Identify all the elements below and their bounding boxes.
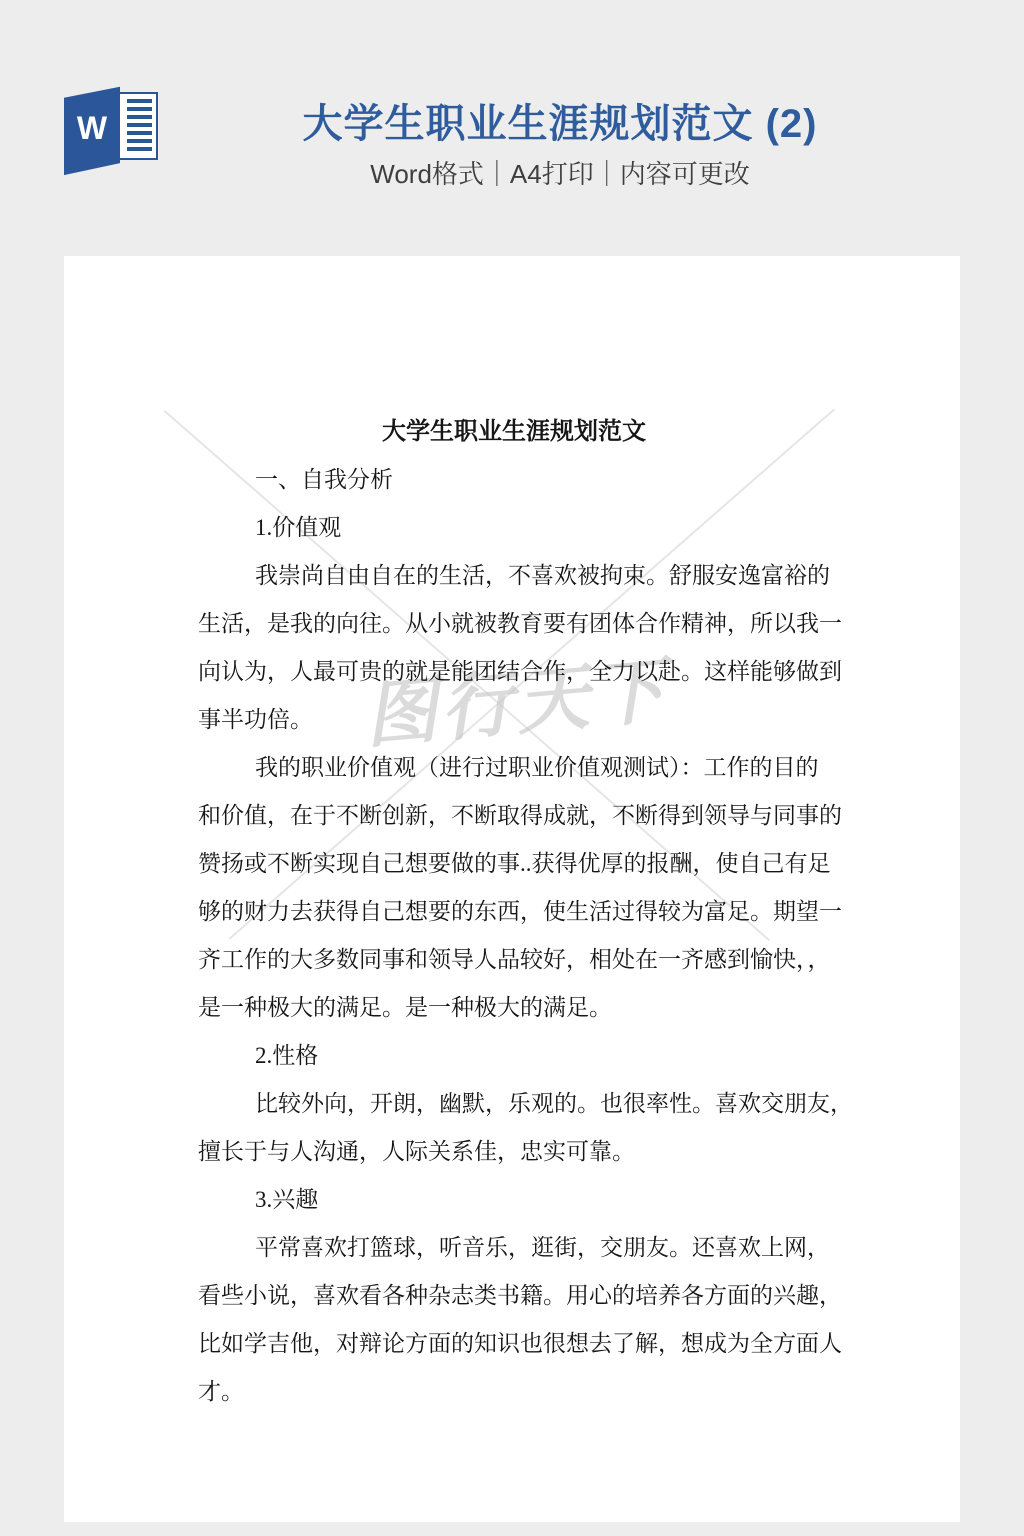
document-line: 才。 [198,1368,830,1416]
document-line: 擅长于与人沟通，人际关系佳，忠实可靠。 [198,1128,830,1176]
document-line: 向认为，人最可贵的就是能团结合作，全力以赴。这样能够做到 [198,648,830,696]
document-line: 是一种极大的满足。是一种极大的满足。 [198,984,830,1032]
document-line: 比如学吉他，对辩论方面的知识也很想去了解，想成为全方面人 [198,1320,830,1368]
document-line: 我的职业价值观（进行过职业价值观测试）：工作的目的 [198,744,830,792]
document-line: 比较外向，开朗，幽默，乐观的。也很率性。喜欢交朋友， [198,1080,830,1128]
template-preview-page: { "header": { "title": "大学生职业生涯规划范文 (2)"… [0,0,1024,1536]
document-line: 够的财力去获得自己想要的东西，使生活过得较为富足。期望一 [198,888,830,936]
document-line: 事半功倍。 [198,696,830,744]
template-subtitle: Word格式｜A4打印｜内容可更改 [0,154,1024,191]
document-preview-card: 图行天下 大学生职业生涯规划范文 一、自我分析 1.价值观 我崇尚自由自在的生活… [64,256,960,1522]
document-line: 1.价值观 [198,504,830,552]
document-line: 2.性格 [198,1032,830,1080]
document-line: 齐工作的大多数同事和领导人品较好，相处在一齐感到愉快，， [198,936,830,984]
document-line: 3.兴趣 [198,1176,830,1224]
page-header: W 大学生职业生涯规划范文 (2) Word格式｜A4打印｜内容可更改 [0,0,1024,256]
document-line: 和价值，在于不断创新，不断取得成就，不断得到领导与同事的 [198,792,830,840]
document-line: 生活，是我的向往。从小就被教育要有团体合作精神，所以我一 [198,600,830,648]
document-body: 大学生职业生涯规划范文 一、自我分析 1.价值观 我崇尚自由自在的生活，不喜欢被… [198,408,830,1416]
document-line: 一、自我分析 [198,456,830,504]
template-title: 大学生职业生涯规划范文 (2) [0,92,1024,149]
document-title: 大学生职业生涯规划范文 [198,408,830,456]
document-line: 我崇尚自由自在的生活，不喜欢被拘束。舒服安逸富裕的 [198,552,830,600]
document-line: 平常喜欢打篮球，听音乐，逛街，交朋友。还喜欢上网， [198,1224,830,1272]
document-line: 看些小说，喜欢看各种杂志类书籍。用心的培养各方面的兴趣， [198,1272,830,1320]
document-line: 赞扬或不断实现自己想要做的事..获得优厚的报酬，使自己有足 [198,840,830,888]
